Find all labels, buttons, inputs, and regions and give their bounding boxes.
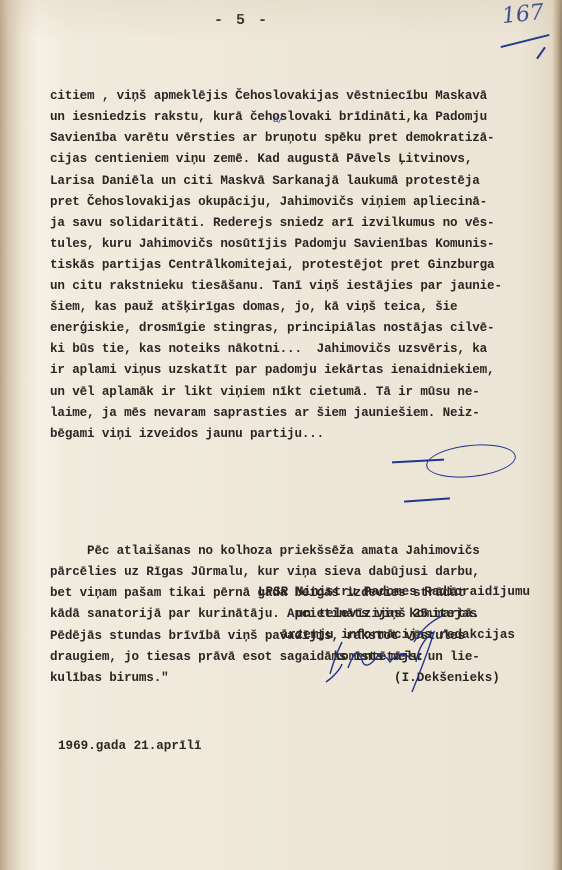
text-line: tiskās partijas Centrālkomitejai, protes… — [50, 255, 560, 276]
archive-number-handwritten: 167 — [501, 0, 545, 29]
document-page: - 5 - 167 citiem , viņš apmeklējis Čehos… — [0, 0, 562, 870]
text-line: un citu rakstnieku tiesāšanu. Tanī viņš … — [50, 276, 560, 297]
text-line: cijas centieniem viņu zemē. Kad augustā … — [50, 149, 560, 170]
text-line: un iesniedzis rakstu, kurā čehoslovaki b… — [50, 107, 560, 128]
text-line: Savienība varētu vērsties ar bruņotu spē… — [50, 128, 560, 149]
text-line: Pēc atlaišanas no kolhoza priekšsēža ama… — [50, 541, 560, 562]
text-line: ir aplami viņus uzskatīt par padomju iek… — [50, 360, 560, 381]
signature-line: LPSR Ministru Padomes Radioraidījumu — [258, 582, 530, 604]
handwritten-signature — [320, 612, 460, 702]
paragraph-1: citiem , viņš apmeklējis Čehoslovakijas … — [50, 86, 560, 445]
text-line: bēgami viņi izveidos jaunu partiju... — [50, 424, 560, 445]
text-line: šiem, kas pauž atšķirīgas domas, jo, kā … — [50, 297, 560, 318]
page-number: - 5 - — [214, 12, 269, 29]
handwritten-correction: a/ — [273, 114, 282, 125]
text-line: ki būs tie, kas noteiks nākotni... Jahim… — [50, 339, 560, 360]
text-line: pārcēlies uz Rīgas Jūrmalu, kur viņa sie… — [50, 562, 560, 583]
text-line: enerģiskie, drosmīgie stingras, principi… — [50, 318, 560, 339]
text-line: pret Čehoslovakijas okupāciju, Jahimovič… — [50, 192, 560, 213]
text-line: ja savu solidaritāti. Rederejs sniedz ar… — [50, 213, 560, 234]
document-date: 1969.gada 21.aprīlī — [58, 739, 202, 753]
text-line: tules, kuru Jahimovičs nosūtījis Padomju… — [50, 234, 560, 255]
text-line: Larisa Daniēla un citi Maskvā Sarkanajā … — [50, 171, 560, 192]
text-line: un vēl aplamāk ir likt viņiem nīkt cietu… — [50, 382, 560, 403]
text-line: laime, ja mēs nevaram saprasties ar šiem… — [50, 403, 560, 424]
paragraph-gap — [50, 487, 560, 499]
text-line: citiem , viņš apmeklējis Čehoslovakijas … — [50, 86, 560, 107]
